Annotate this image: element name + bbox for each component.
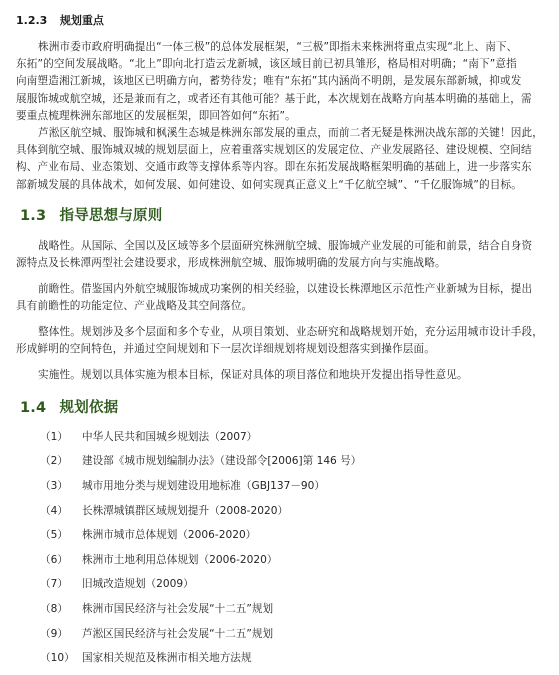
text-line: 部新城发展的具体战术，如何发展、如何建设、如何实现真正意义上“千亿航空城”、“千… bbox=[16, 177, 544, 194]
section-heading-1-2-3: 1.2.3 规划重点 bbox=[16, 12, 104, 28]
text-line: 实施性。规划以具体实施为根本目标，保证对具体的项目落位和地块开发提出指导性意见。 bbox=[16, 367, 544, 384]
list-index: （1） bbox=[40, 429, 82, 444]
text-line: 构、产业布局、业态策划、交通市政等支撑体系等内容。即在东拓发展战略框架明确的基础… bbox=[16, 159, 544, 176]
list-text: 株洲市城市总体规划（2006-2020） bbox=[82, 527, 256, 542]
text-line: 整体性。规划涉及多个层面和多个专业，从项目策划、业态研究和战略规划开始，充分运用… bbox=[16, 324, 544, 341]
document-page: 1.2.3 规划重点 株洲市委市政府明确提出“一体三极”的总体发展框架，“三极”… bbox=[0, 0, 559, 675]
list-text: 株洲市土地利用总体规划（2006-2020） bbox=[82, 552, 277, 567]
text-line: 前瞻性。借鉴国内外航空城服饰城成功案例的相关经验，以建设长株潭地区示范性产业新城… bbox=[16, 281, 544, 298]
list-index: （10） bbox=[40, 650, 82, 665]
section-title: 规划依据 bbox=[60, 400, 119, 416]
list-text: 长株潭城镇群区域规划提升（2008-2020） bbox=[82, 503, 288, 518]
list-index: （4） bbox=[40, 503, 82, 518]
text-line: 东拓”的空间发展战略。“北上”即向北打造云龙新城，该区域目前已初具雏形，格局相对… bbox=[16, 56, 544, 73]
list-item: （9） 芦淞区国民经济与社会发展“十二五”规划 bbox=[40, 621, 520, 646]
section-number: 1.4 bbox=[20, 400, 46, 416]
text-line: 战略性。从国际、全国以及区域等多个层面研究株洲航空城、服饰城产业发展的可能和前景… bbox=[16, 238, 544, 255]
text-line: 展服饰城或航空城，还是兼而有之，或者还有其他可能？基于此，本次规划在战略方向基本… bbox=[16, 91, 544, 108]
section-number: 1.2.3 bbox=[16, 14, 56, 27]
text-line: 要重点梳理株洲东部地区的发展框架，即回答如何“东拓”。 bbox=[16, 108, 544, 125]
text-line: 向南塑造湘江新城，该地区已明确方向，蓄势待发；唯有“东拓”其内涵尚不明朗，是发展… bbox=[16, 73, 544, 90]
list-item: （5） 株洲市城市总体规划（2006-2020） bbox=[40, 522, 520, 547]
list-item: （2） 建设部《城市规划编制办法》（建设部令[2006]第 146 号） bbox=[40, 449, 520, 474]
list-text: 株洲市国民经济与社会发展“十二五”规划 bbox=[82, 601, 273, 616]
text-line: 形成鲜明的空间特色，并通过空间规划和下一层次详细规划将规划设想落实到操作层面。 bbox=[16, 341, 544, 358]
list-item: （7） 旧城改造规划（2009） bbox=[40, 572, 520, 597]
list-text: 芦淞区国民经济与社会发展“十二五”规划 bbox=[82, 626, 273, 641]
list-index: （9） bbox=[40, 626, 82, 641]
list-index: （6） bbox=[40, 552, 82, 567]
paragraph-forward-looking: 前瞻性。借鉴国内外航空城服饰城成功案例的相关经验，以建设长株潭地区示范性产业新城… bbox=[16, 281, 544, 315]
paragraph-integrity: 整体性。规划涉及多个层面和多个专业，从项目策划、业态研究和战略规划开始，充分运用… bbox=[16, 324, 544, 358]
list-index: （7） bbox=[40, 576, 82, 591]
section-heading-1-4: 1.4 规划依据 bbox=[20, 396, 118, 417]
list-item: （10） 国家相关规范及株洲市相关地方法规 bbox=[40, 645, 520, 670]
list-index: （2） bbox=[40, 453, 82, 468]
list-index: （3） bbox=[40, 478, 82, 493]
paragraph-strategic: 战略性。从国际、全国以及区域等多个层面研究株洲航空城、服饰城产业发展的可能和前景… bbox=[16, 238, 544, 272]
list-item: （8） 株洲市国民经济与社会发展“十二五”规划 bbox=[40, 596, 520, 621]
list-text: 中华人民共和国城乡规划法（2007） bbox=[82, 429, 257, 444]
text-line: 芦淞区航空城、服饰城和枫溪生态城是株洲东部发展的重点，而前二者无疑是株洲决战东部… bbox=[16, 125, 544, 142]
list-text: 旧城改造规划（2009） bbox=[82, 576, 194, 591]
paragraph-yiti-sanji: 株洲市委市政府明确提出“一体三极”的总体发展框架，“三极”即指未来株洲将重点实现… bbox=[16, 39, 544, 125]
list-item: （3） 城市用地分类与规划建设用地标准（GBJ137－90） bbox=[40, 473, 520, 498]
list-text: 城市用地分类与规划建设用地标准（GBJ137－90） bbox=[82, 478, 325, 493]
list-index: （5） bbox=[40, 527, 82, 542]
section-title: 指导思想与原则 bbox=[60, 208, 163, 224]
text-line: 具体到航空城、服饰城双城的规划层面上，应着重落实规划区的发展定位、产业发展路径、… bbox=[16, 142, 544, 159]
paragraph-airport-city: 芦淞区航空城、服饰城和枫溪生态城是株洲东部发展的重点，而前二者无疑是株洲决战东部… bbox=[16, 125, 544, 194]
section-title: 规划重点 bbox=[60, 14, 104, 27]
list-item: （6） 株洲市土地利用总体规划（2006-2020） bbox=[40, 547, 520, 572]
paragraph-implementation: 实施性。规划以具体实施为根本目标，保证对具体的项目落位和地块开发提出指导性意见。 bbox=[16, 367, 544, 384]
section-number: 1.3 bbox=[20, 208, 46, 224]
list-text: 建设部《城市规划编制办法》（建设部令[2006]第 146 号） bbox=[82, 453, 361, 468]
section-heading-1-3: 1.3 指导思想与原则 bbox=[20, 204, 162, 225]
text-line: 源特点及长株潭两型社会建设要求，形成株洲航空城、服饰城明确的发展方向与实施战略。 bbox=[16, 255, 544, 272]
list-text: 国家相关规范及株洲市相关地方法规 bbox=[82, 650, 252, 665]
list-item: （1） 中华人民共和国城乡规划法（2007） bbox=[40, 424, 520, 449]
list-item: （4） 长株潭城镇群区域规划提升（2008-2020） bbox=[40, 498, 520, 523]
text-line: 具有前瞻性的功能定位、产业战略及其空间落位。 bbox=[16, 298, 544, 315]
list-index: （8） bbox=[40, 601, 82, 616]
reference-list: （1） 中华人民共和国城乡规划法（2007） （2） 建设部《城市规划编制办法》… bbox=[40, 424, 520, 670]
text-line: 株洲市委市政府明确提出“一体三极”的总体发展框架，“三极”即指未来株洲将重点实现… bbox=[16, 39, 544, 56]
